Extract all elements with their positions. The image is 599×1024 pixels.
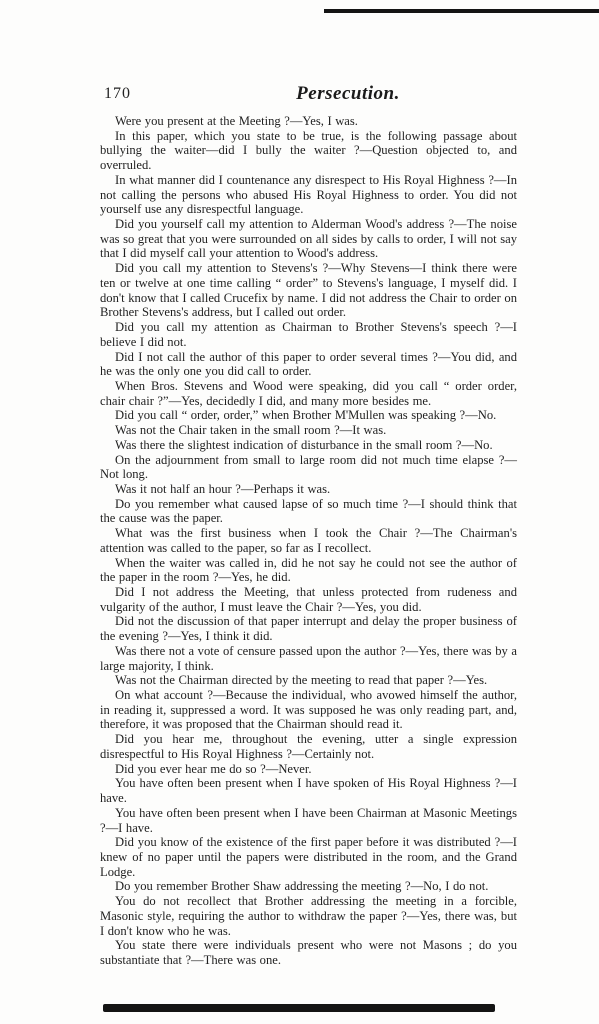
book-page: 170 Persecution. Were you present at the… [0, 0, 599, 1024]
paragraph: You have often been present when I have … [100, 806, 517, 835]
paragraph: Do you remember Brother Shaw addressing … [100, 879, 517, 894]
running-title: Persecution. [296, 83, 400, 105]
paragraph: Did you ever hear me do so ?—Never. [100, 762, 517, 777]
paragraph: Was there not a vote of censure passed u… [100, 644, 517, 673]
paragraph: Did I not call the author of this paper … [100, 350, 517, 379]
paragraph: Do you remember what caused lapse of so … [100, 497, 517, 526]
paragraph: On the adjournment from small to large r… [100, 453, 517, 482]
paragraph: What was the first business when I took … [100, 526, 517, 555]
page-header: 170 Persecution. [100, 83, 517, 105]
paragraph: Did you call “ order, order,” when Broth… [100, 408, 517, 423]
paragraph: Was not the Chair taken in the small roo… [100, 423, 517, 438]
scan-artifact-bottom [103, 1004, 495, 1012]
paragraph: Was it not half an hour ?—Perhaps it was… [100, 482, 517, 497]
paragraph: Was there the slightest indication of di… [100, 438, 517, 453]
paragraph: When Bros. Stevens and Wood were speakin… [100, 379, 517, 408]
scan-artifact-top [324, 9, 599, 13]
paragraph: Did not the discussion of that paper int… [100, 614, 517, 643]
paragraph: Did you yourself call my attention to Al… [100, 217, 517, 261]
page-number: 170 [104, 85, 131, 103]
paragraph: Were you present at the Meeting ?—Yes, I… [100, 114, 517, 129]
paragraph: In what manner did I countenance any dis… [100, 173, 517, 217]
paragraph: You have often been present when I have … [100, 776, 517, 805]
paragraph: You do not recollect that Brother addres… [100, 894, 517, 938]
paragraph: Did you hear me, throughout the evening,… [100, 732, 517, 761]
paragraph: Did you know of the existence of the fir… [100, 835, 517, 879]
paragraph: On what account ?—Because the individual… [100, 688, 517, 732]
paragraph: You state there were individuals present… [100, 938, 517, 967]
page-body: Were you present at the Meeting ?—Yes, I… [100, 114, 517, 968]
paragraph: Did you call my attention to Stevens's ?… [100, 261, 517, 320]
paragraph: Was not the Chairman directed by the mee… [100, 673, 517, 688]
paragraph: When the waiter was called in, did he no… [100, 556, 517, 585]
paragraph: Did I not address the Meeting, that unle… [100, 585, 517, 614]
paragraph: Did you call my attention as Chairman to… [100, 320, 517, 349]
paragraph: In this paper, which you state to be tru… [100, 129, 517, 173]
